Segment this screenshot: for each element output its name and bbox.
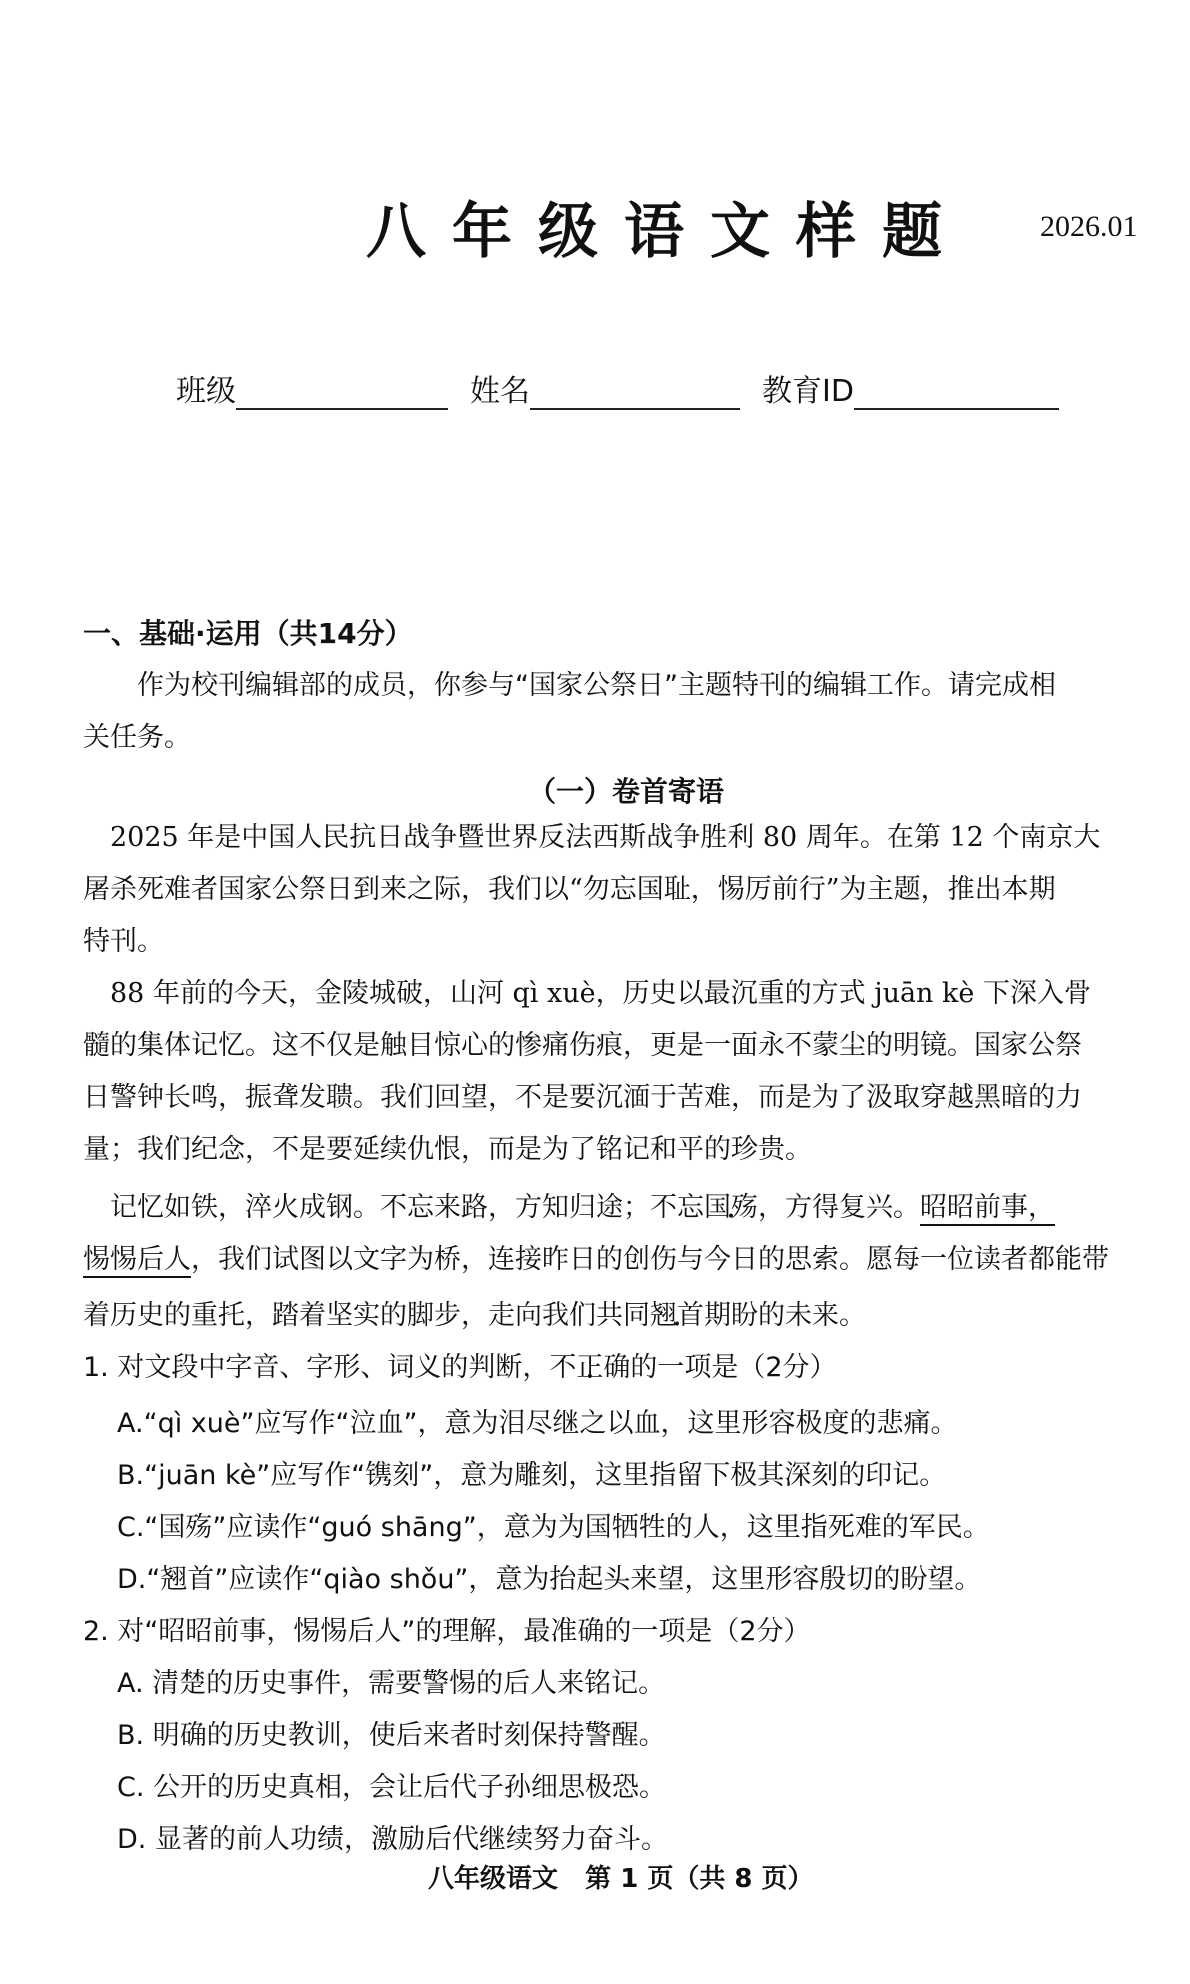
question-text: 的一项是（2分）	[630, 1352, 836, 1383]
subsection-heading: （一）卷首寄语	[528, 770, 724, 810]
p3-line-3: 着历史的重托，踏着坚实的脚步，走向我们共同翘首期盼的未来。	[83, 1290, 866, 1342]
name-label: 姓名	[470, 374, 530, 409]
q2-option-a[interactable]: A. 清楚的历史事件，需要警惕的后人来铭记。	[117, 1658, 665, 1710]
question-1-stem: 1. 对文段中字音、字形、词义的判断，不正确的一项是（2分）	[83, 1342, 837, 1394]
name-input[interactable]	[530, 378, 740, 410]
name-field: 姓名	[470, 366, 740, 410]
education-id-input[interactable]	[854, 378, 1059, 410]
dotted-word-qiaoshou: 翘首	[650, 1300, 704, 1331]
p1-line-1: 2025 年是中国人民抗日战争暨世界反法西斯战争胜利 80 周年。在第 12 个…	[110, 812, 1100, 864]
dotted-word-guoshang: 国殇	[704, 1192, 758, 1223]
intro-line-1: 作为校刊编辑部的成员，你参与“国家公祭日”主题特刊的编辑工作。请完成相	[137, 660, 1056, 712]
p3-text: 着历史的重托，踏着坚实的脚步，走向我们共同	[83, 1300, 650, 1331]
class-label: 班级	[176, 374, 236, 409]
q2-option-b[interactable]: B. 明确的历史教训，使后来者时刻保持警醒。	[117, 1710, 666, 1762]
exam-title: 八年级语文样题	[366, 184, 968, 270]
p3-text: 期盼的未来。	[704, 1300, 866, 1331]
p3-text: ，方得复兴。	[758, 1192, 920, 1223]
p3-text: 记忆如铁，淬火成钢。不忘来路，方知归途；不忘	[110, 1192, 704, 1223]
p1-line-2: 屠杀死难者国家公祭日到来之际，我们以“勿忘国耻，惕厉前行”为主题，推出本期	[83, 864, 1056, 916]
p3-line-1: 记忆如铁，淬火成钢。不忘来路，方知归途；不忘国殇，方得复兴。昭昭前事，	[110, 1182, 1055, 1234]
question-text: 对文段中字音、字形、词义的判断，	[117, 1352, 549, 1383]
p2-line-3: 日警钟长鸣，振聋发聩。我们回望，不是要沉湎于苦难，而是为了汲取穿越黑暗的力	[83, 1072, 1082, 1124]
q2-option-c[interactable]: C. 公开的历史真相，会让后代子孙细思极恐。	[117, 1762, 666, 1814]
question-number: 2.	[83, 1616, 109, 1647]
exam-date: 2026.01	[1040, 210, 1138, 244]
p2-line-4: 量；我们纪念，不是要延续仇恨，而是为了铭记和平的珍贵。	[83, 1124, 812, 1176]
q1-option-a[interactable]: A.“qì xuè”应写作“泣血”，意为泪尽继之以血，这里形容极度的悲痛。	[117, 1398, 957, 1450]
intro-line-2: 关任务。	[83, 712, 191, 764]
p3-text: ，我们试图以文字为桥，连接昨日的创伤与今日的思索。愿每一位读者都能带	[191, 1244, 1109, 1275]
education-id-field: 教育ID	[762, 366, 1059, 410]
q1-option-d[interactable]: D.“翘首”应读作“qiào shǒu”，意为抬起头来望，这里形容殷切的盼望。	[117, 1554, 981, 1606]
emphasized-not-correct: 不正确	[549, 1352, 630, 1383]
p1-line-3: 特刊。	[83, 916, 164, 968]
q1-option-c[interactable]: C.“国殇”应读作“guó shāng”，意为为国牺牲的人，这里指死难的军民。	[117, 1502, 990, 1554]
question-number: 1.	[83, 1352, 109, 1383]
question-2-stem: 2. 对“昭昭前事，惕惕后人”的理解，最准确的一项是（2分）	[83, 1606, 811, 1658]
p3-line-2: 惕惕后人，我们试图以文字为桥，连接昨日的创伤与今日的思索。愿每一位读者都能带	[83, 1234, 1109, 1286]
p2-line-1: 88 年前的今天，金陵城破，山河 qì xuè，历史以最沉重的方式 juān k…	[110, 968, 1091, 1020]
q1-option-b[interactable]: B.“juān kè”应写作“镌刻”，意为雕刻，这里指留下极其深刻的印记。	[117, 1450, 946, 1502]
section-heading: 一、基础·运用（共14分）	[83, 612, 413, 652]
footer-page-number: 第 1 页（共 8 页）	[585, 1864, 813, 1894]
page-footer: 八年级语文 第 1 页（共 8 页）	[428, 1858, 814, 1895]
footer-subject: 八年级语文	[428, 1864, 558, 1894]
class-field: 班级	[176, 366, 448, 410]
p2-line-2: 髓的集体记忆。这不仅是触目惊心的惨痛伤痕，更是一面永不蒙尘的明镜。国家公祭	[83, 1020, 1082, 1072]
underlined-phrase: 惕惕后人	[83, 1244, 191, 1275]
underlined-phrase: 昭昭前事，	[920, 1192, 1055, 1223]
education-id-label: 教育ID	[762, 374, 854, 409]
class-input[interactable]	[236, 378, 448, 410]
question-text: 对“昭昭前事，惕惕后人”的理解，最准确的一项是（2分）	[117, 1616, 810, 1647]
